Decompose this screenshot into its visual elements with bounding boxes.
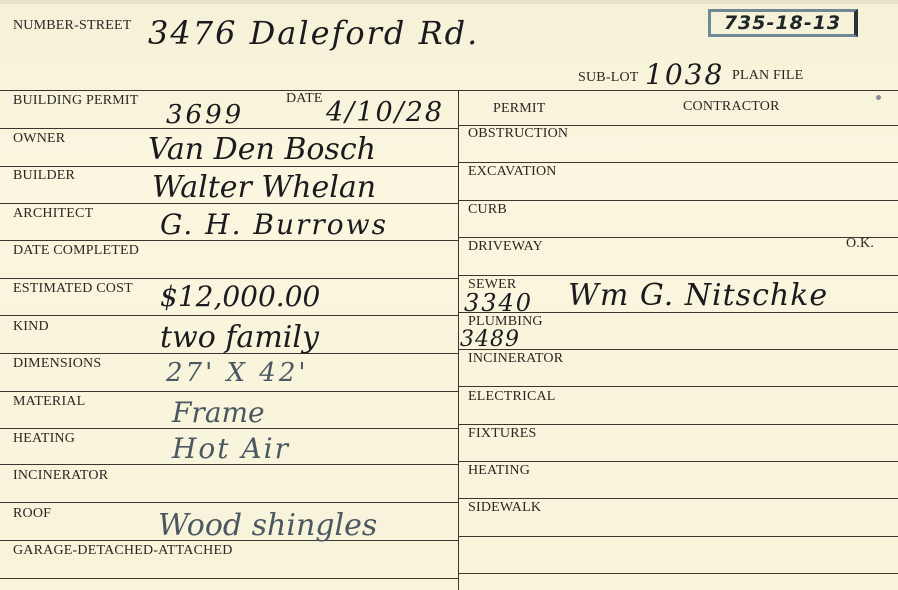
curb-label: CURB [468,202,507,218]
rule [0,578,458,579]
building-permit-label: BUILDING PERMIT [13,93,139,109]
rule [458,162,898,163]
number-street-label: NUMBER-STREET [13,18,132,34]
rule [458,200,898,201]
builder-label: BUILDER [13,168,75,184]
card-top-edge [0,0,898,4]
column-divider [458,90,459,590]
permit-column-header: PERMIT [493,101,546,117]
rule [458,349,898,350]
material-value: Frame [172,396,265,429]
heating-permit-label: HEATING [468,463,530,479]
heating-value: Hot Air [172,432,290,465]
file-number-stamp: 735-18-13 [708,9,858,37]
rule [458,573,898,574]
rule [0,315,458,316]
date-label: DATE [286,91,323,107]
date-value: 4/10/28 [326,97,444,128]
owner-label: OWNER [13,131,65,147]
garage-label: GARAGE-DETACHED-ATTACHED [13,543,233,559]
rule [458,461,898,462]
contractor-column-header: CONTRACTOR [683,99,780,115]
builder-value: Walter Whelan [152,170,376,205]
sewer-contractor: Wm G. Nitschke [568,278,828,313]
permit-index-card: NUMBER-STREET 3476 Daleford Rd. 735-18-1… [0,0,898,590]
rule [0,391,458,392]
kind-value: two family [160,320,319,355]
rule [458,498,898,499]
driveway-label: DRIVEWAY [468,239,543,255]
rule [458,386,898,387]
incinerator-permit-label: INCINERATOR [468,351,563,367]
fixtures-label: FIXTURES [468,426,537,442]
dimensions-label: DIMENSIONS [13,356,101,372]
number-street-value: 3476 Daleford Rd. [148,14,479,52]
estimated-cost-label: ESTIMATED COST [13,281,133,297]
incinerator-label: INCINERATOR [13,468,108,484]
architect-label: ARCHITECT [13,206,93,222]
rule [0,90,898,91]
sidewalk-label: SIDEWALK [468,500,541,516]
heating-label: HEATING [13,431,75,447]
sub-lot-value: 1038 [645,58,724,91]
driveway-note: O.K. [846,236,874,252]
owner-value: Van Den Bosch [148,132,376,167]
rule [458,237,898,238]
roof-label: ROOF [13,506,51,522]
electrical-label: ELECTRICAL [468,389,556,405]
rule [458,536,898,537]
rule [458,424,898,425]
kind-label: KIND [13,319,49,335]
date-completed-label: DATE COMPLETED [13,243,139,259]
ink-fleck [876,95,881,100]
plan-file-label: PLAN FILE [732,68,803,84]
estimated-cost-value: $12,000.00 [160,280,320,313]
rule [0,502,458,503]
architect-value: G. H. Burrows [160,208,388,241]
sewer-permit-number: 3340 [464,289,533,317]
excavation-label: EXCAVATION [468,164,557,180]
building-permit-value: 3699 [166,100,244,130]
material-label: MATERIAL [13,394,85,410]
obstruction-label: OBSTRUCTION [468,126,568,142]
plumbing-permit-number: 3489 [460,327,520,352]
sub-lot-label: SUB-LOT [578,70,639,86]
roof-value: Wood shingles [158,508,377,543]
dimensions-value: 27' X 42' [166,358,309,388]
rule [458,275,898,276]
rule [0,278,458,279]
